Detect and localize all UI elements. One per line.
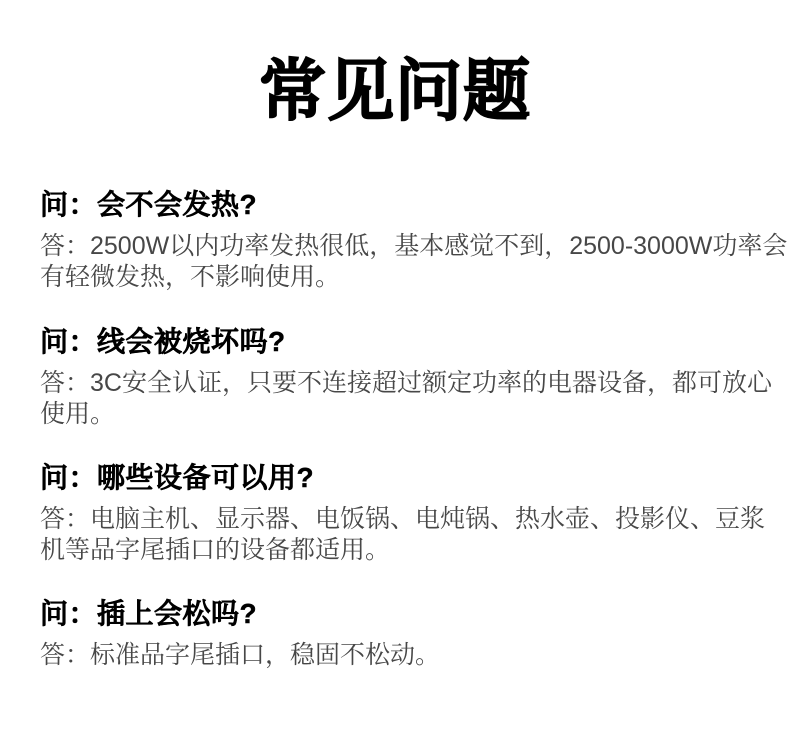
- faq-item: 问：线会被烧坏吗? 答：3C安全认证，只要不连接超过额定功率的电器设备，都可放心…: [40, 324, 752, 430]
- faq-question-1: 问：会不会发热?: [40, 187, 752, 223]
- page-title: 常见问题: [0, 0, 790, 130]
- faq-answer-line: 答：2500W以内功率发热很低，基本感觉不到，2500-3000W功率会: [40, 231, 752, 262]
- faq-page: 常见问题 问：会不会发热? 答：2500W以内功率发热很低，基本感觉不到，250…: [0, 0, 790, 735]
- faq-item: 问：会不会发热? 答：2500W以内功率发热很低，基本感觉不到，2500-300…: [40, 187, 752, 293]
- faq-question-3: 问：哪些设备可以用?: [40, 460, 752, 496]
- faq-item: 问：插上会松吗? 答：标准品字尾插口，稳固不松动。: [40, 596, 752, 671]
- faq-answer-line: 答：电脑主机、显示器、电饭锅、电炖锅、热水壶、投影仪、豆浆: [40, 504, 752, 535]
- faq-question-2: 问：线会被烧坏吗?: [40, 324, 752, 360]
- faq-answer-4: 答：标准品字尾插口，稳固不松动。: [40, 640, 752, 671]
- faq-answer-line: 使用。: [40, 399, 752, 430]
- faq-answer-line: 机等品字尾插口的设备都适用。: [40, 535, 752, 566]
- faq-answer-line: 答：标准品字尾插口，稳固不松动。: [40, 640, 752, 671]
- faq-answer-1: 答：2500W以内功率发热很低，基本感觉不到，2500-3000W功率会 有轻微…: [40, 231, 752, 294]
- faq-answer-line: 答：3C安全认证，只要不连接超过额定功率的电器设备，都可放心: [40, 368, 752, 399]
- faq-answer-line: 有轻微发热，不影响使用。: [40, 262, 752, 293]
- faq-item: 问：哪些设备可以用? 答：电脑主机、显示器、电饭锅、电炖锅、热水壶、投影仪、豆浆…: [40, 460, 752, 566]
- faq-list: 问：会不会发热? 答：2500W以内功率发热很低，基本感觉不到，2500-300…: [0, 187, 790, 671]
- faq-question-4: 问：插上会松吗?: [40, 596, 752, 632]
- faq-answer-3: 答：电脑主机、显示器、电饭锅、电炖锅、热水壶、投影仪、豆浆 机等品字尾插口的设备…: [40, 504, 752, 567]
- faq-answer-2: 答：3C安全认证，只要不连接超过额定功率的电器设备，都可放心 使用。: [40, 368, 752, 431]
